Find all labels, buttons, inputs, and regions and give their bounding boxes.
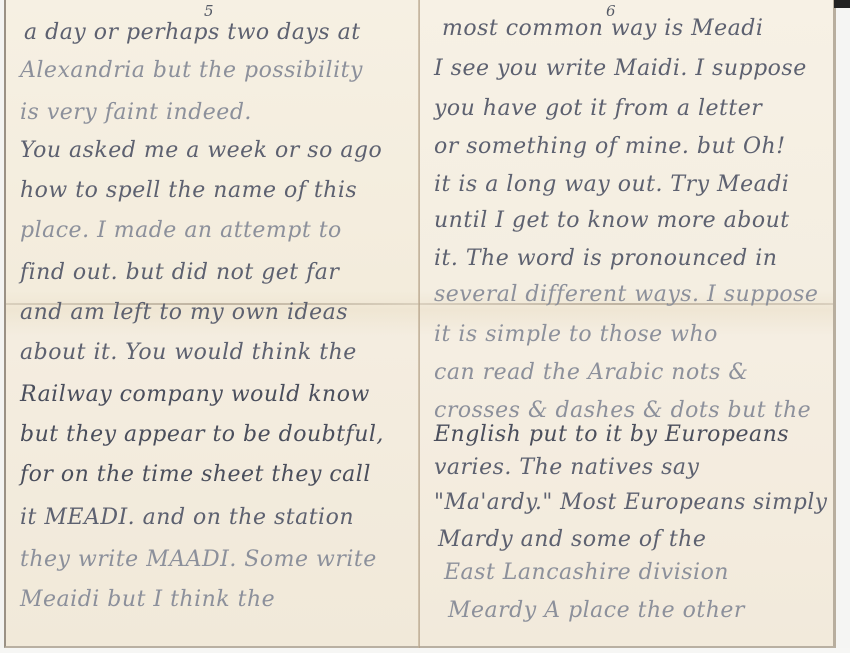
text-line: about it. You would think the xyxy=(20,340,357,365)
text-line: you have got it from a letter xyxy=(434,96,762,121)
text-line: they write MAADI. Some write xyxy=(20,547,377,572)
text-line: East Lancashire division xyxy=(444,560,729,585)
text-line: and am left to my own ideas xyxy=(20,300,348,325)
text-line: place. I made an attempt to xyxy=(20,218,342,243)
text-line: I see you write Maidi. I suppose xyxy=(434,56,807,81)
text-line: but they appear to be doubtful, xyxy=(20,422,384,447)
text-line: Meardy A place the other xyxy=(448,598,745,623)
page-number: 5 xyxy=(204,2,214,20)
text-line: or something of mine. but Oh! xyxy=(434,134,786,159)
text-line: English put to it by Europeans xyxy=(434,422,789,447)
scan-margin-bottom xyxy=(0,648,850,653)
text-line: for on the time sheet they call xyxy=(20,462,371,487)
text-line: "Ma'ardy." Most Europeans simply xyxy=(434,490,827,515)
left-page: 5 a day or perhaps two days at Alexandri… xyxy=(4,0,420,648)
scan-margin-right xyxy=(836,0,850,653)
text-line: Mardy and some of the xyxy=(438,527,706,552)
text-line: until I get to know more about xyxy=(434,208,790,233)
text-line: several different ways. I suppose xyxy=(434,282,818,307)
text-line: it is a long way out. Try Meadi xyxy=(434,172,789,197)
text-line: crosses & dashes & dots but the xyxy=(434,398,811,423)
text-line: find out. but did not get far xyxy=(20,260,339,285)
right-page: 6 most common way is Meadi I see you wri… xyxy=(420,0,836,648)
text-line: it. The word is pronounced in xyxy=(434,246,777,271)
text-line: Railway company would know xyxy=(20,382,370,407)
text-line: how to spell the name of this xyxy=(20,178,357,203)
text-line: You asked me a week or so ago xyxy=(20,138,382,163)
text-line: can read the Arabic nots & xyxy=(434,360,748,385)
letter-scan: 5 a day or perhaps two days at Alexandri… xyxy=(0,0,850,653)
scan-edge-shadow xyxy=(834,0,850,8)
text-line: it MEADI. and on the station xyxy=(20,505,354,530)
text-line: Alexandria but the possibility xyxy=(20,58,363,83)
text-line: Meaidi but I think the xyxy=(20,587,275,612)
text-line: is very faint indeed. xyxy=(20,100,252,125)
text-line: a day or perhaps two days at xyxy=(24,20,361,45)
text-line: most common way is Meadi xyxy=(442,16,763,41)
text-line: varies. The natives say xyxy=(434,455,699,480)
text-line: it is simple to those who xyxy=(434,322,718,347)
